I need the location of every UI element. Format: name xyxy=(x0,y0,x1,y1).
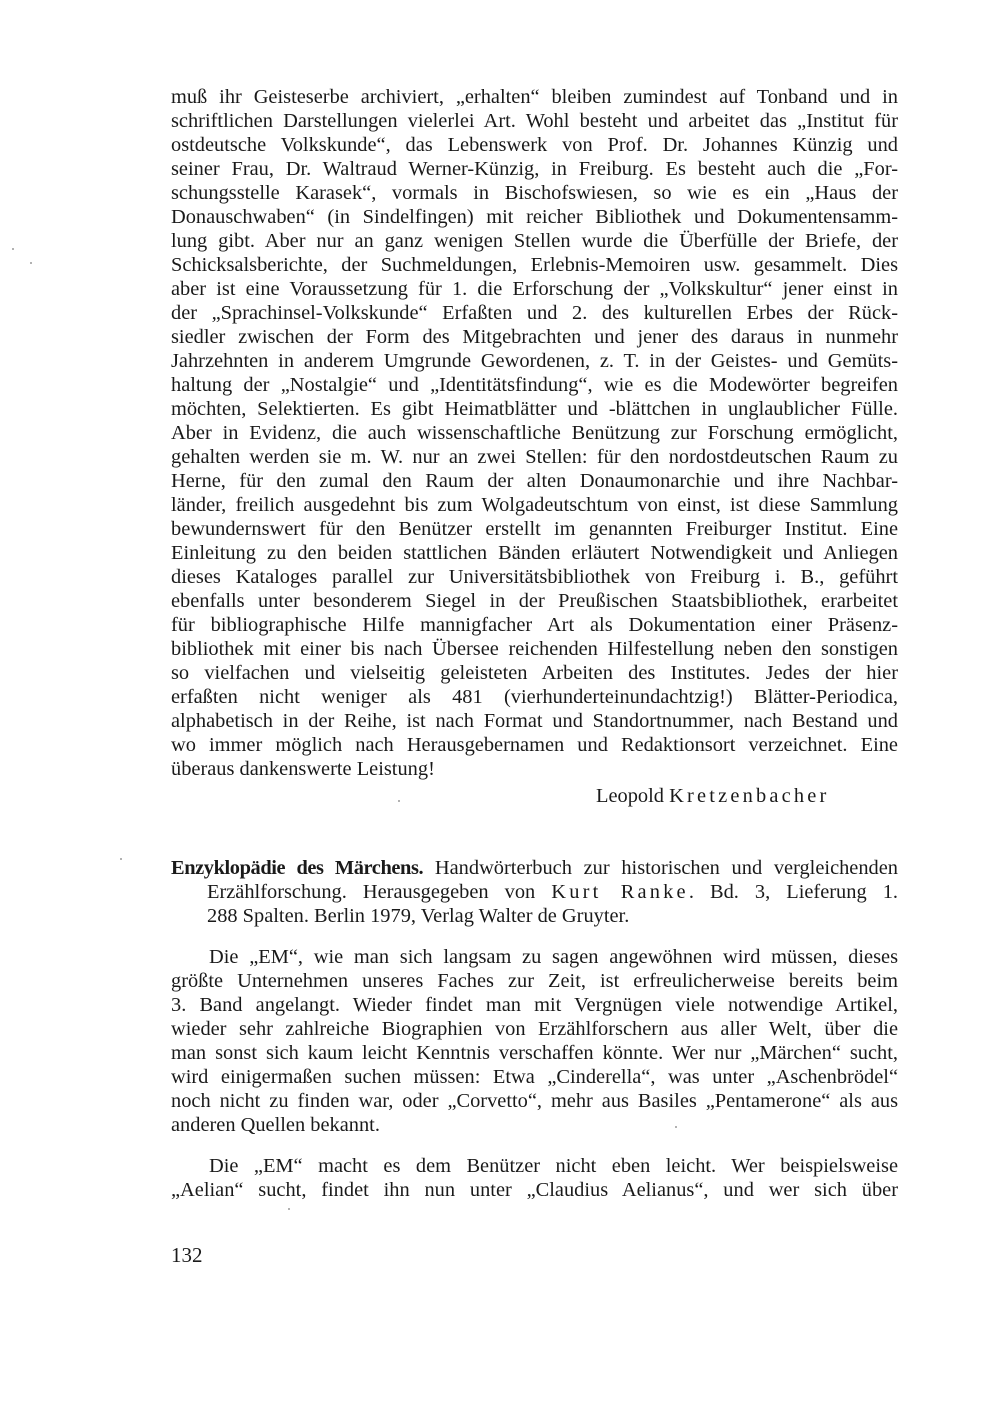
text-line: wird einigermaßen suchen müssen: Etwa „C… xyxy=(171,1065,898,1089)
text-line: Schicksalsberichte, der Suchmeldungen, E… xyxy=(171,253,898,277)
text-line: länder, freilich ausgedehnt bis zum Wolg… xyxy=(171,493,898,517)
scan-speck xyxy=(30,262,32,264)
text-line: schriftlichen Darstellungen vielerlei Ar… xyxy=(171,109,898,133)
text-line: alphabetisch in der Reihe, ist nach Form… xyxy=(171,709,898,733)
text-line: schungsstelle Karasek“, vormals in Bisch… xyxy=(171,181,898,205)
text-line: bewundernswert für den Benützer erstellt… xyxy=(171,517,898,541)
scan-speck xyxy=(120,858,122,860)
scan-speck xyxy=(12,248,14,250)
text-line: überaus dankenswerte Leistung! xyxy=(171,757,898,781)
text-line: bibliothek mit einer bis nach Übersee re… xyxy=(171,637,898,661)
text-line: seiner Frau, Dr. Waltraud Werner-Künzig,… xyxy=(171,157,898,181)
text-line: noch nicht zu finden war, oder „Corvetto… xyxy=(171,1089,898,1113)
reviewer-first-name: Leopold xyxy=(596,785,664,807)
text-line: anderen Quellen bekannt. xyxy=(171,1113,898,1137)
text-line: ebenfalls unter besonderem Siegel in der… xyxy=(171,589,898,613)
text-line: wieder sehr zahlreiche Biographien von E… xyxy=(171,1017,898,1041)
text-line: muß ihr Geisteserbe archiviert, „erhalte… xyxy=(171,85,898,109)
reviewer-last-name: Kretzenbacher xyxy=(669,785,829,807)
text-line: so vielfachen und vielseitig geleisteten… xyxy=(171,661,898,685)
page-number: 132 xyxy=(171,1242,203,1268)
scan-speck xyxy=(675,1126,677,1128)
text-line: ostdeutsche Volkskunde“, das Lebenswerk … xyxy=(171,133,898,157)
heading-text: . Bd. 3, Lieferung 1. xyxy=(689,881,898,903)
text-line: man sonst sich kaum leicht Kenntnis vers… xyxy=(171,1041,898,1065)
text-line: Die „EM“ macht es dem Benützer nicht ebe… xyxy=(171,1154,898,1178)
text-line: Einleitung zu den beiden stattlichen Bän… xyxy=(171,541,898,565)
bibliographic-heading-line-3: 288 Spalten. Berlin 1979, Verlag Walter … xyxy=(207,904,898,928)
text-line: Donauschwaben“ (in Sindelfingen) mit rei… xyxy=(171,205,898,229)
text-line: erfaßten nicht weniger als 481 (vierhund… xyxy=(171,685,898,709)
text-line: Herne, für den zumal den Raum der alten … xyxy=(171,469,898,493)
editor-name: Kurt Ranke xyxy=(551,881,689,903)
text-line: dieses Kataloges parallel zur Universitä… xyxy=(171,565,898,589)
scan-speck xyxy=(398,800,400,802)
text-line: möchten, Selektierten. Es gibt Heimatblä… xyxy=(171,397,898,421)
text-line: der „Sprachinsel-Volkskunde“ Erfaßten un… xyxy=(171,301,898,325)
text-line: 3. Band angelangt. Wieder findet man mit… xyxy=(171,993,898,1017)
text-line: haltung der „Nostalgie“ und „Identitätsf… xyxy=(171,373,898,397)
heading-text: Erzählforschung. Herausgegeben von xyxy=(207,881,551,903)
text-line: Die „EM“, wie man sich langsam zu sagen … xyxy=(171,945,898,969)
text-line: siedler zwischen der Form des Mitgebrach… xyxy=(171,325,898,349)
text-line: Jahrzehnten in anderem Umgrunde Geworden… xyxy=(171,349,898,373)
text-line: Aber in Evidenz, die auch wissenschaftli… xyxy=(171,421,898,445)
bibliographic-heading-line-1: Enzyklopädie des Märchens. Handwörterbuc… xyxy=(171,856,898,880)
text-line: größte Unternehmen unseres Faches zur Ze… xyxy=(171,969,898,993)
document-page: muß ihr Geisteserbe archiviert, „erhalte… xyxy=(0,0,1000,1418)
text-line: aber ist eine Voraussetzung für 1. die E… xyxy=(171,277,898,301)
text-line: wo immer möglich nach Herausgebernamen u… xyxy=(171,733,898,757)
text-line: gehalten werden sie m. W. nur an zwei St… xyxy=(171,445,898,469)
text-line: lung gibt. Aber nur an ganz wenigen Stel… xyxy=(171,229,898,253)
book-subtitle: Handwörterbuch zur historischen und verg… xyxy=(423,857,898,879)
reviewer-signature: Leopold Kretzenbacher xyxy=(596,784,830,808)
bibliographic-heading-line-2: Erzählforschung. Herausgegeben von Kurt … xyxy=(207,880,898,904)
book-title: Enzyklopädie des Märchens. xyxy=(171,857,423,879)
scan-speck xyxy=(288,1208,290,1210)
text-line: „Aelian“ sucht, findet ihn nun unter „Cl… xyxy=(171,1178,898,1202)
text-line: für bibliographische Hilfe mannigfacher … xyxy=(171,613,898,637)
